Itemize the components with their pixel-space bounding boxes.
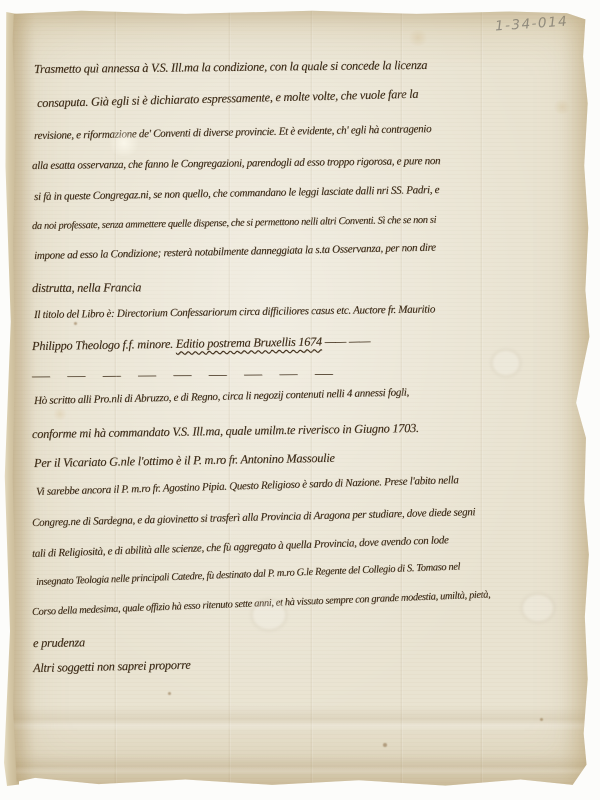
dash-divider: — — — — — — — — — [32, 365, 339, 384]
foxing-spot [540, 718, 543, 721]
manuscript-line: Hò scritto alli Pro.nli di Abruzzo, e di… [34, 386, 409, 407]
manuscript-line: revisione, e riformazione de' Conventi d… [34, 123, 431, 142]
manuscript-line: Corso della medesima, quale offizio hà e… [32, 589, 491, 618]
book-title-plain: Philippo Theologo f.f. minore. [32, 337, 176, 353]
paper-crease [12, 705, 590, 731]
manuscript-line: conforme mi hà commandato V.S. Ill.ma, q… [32, 421, 419, 442]
manuscript-line: Congreg.ne di Sardegna, e da giovinetto … [32, 506, 475, 529]
watermark-dimple [520, 592, 556, 624]
manuscript-line: da noi professate, senza ammettere quell… [32, 215, 436, 232]
paper-crease [12, 755, 590, 775]
manuscript-line: Altri soggetti non saprei proporre [33, 658, 191, 676]
manuscript-line: e prudenza [33, 635, 85, 651]
foxing-spot [383, 743, 387, 747]
foxing-spot [168, 692, 171, 695]
manuscript-line: distrutta, nella Francia [32, 280, 141, 296]
archive-number: 1-34-014 [495, 13, 569, 34]
manuscript-line-book-title: Il titolo del Libro è: Directorium Confe… [34, 303, 435, 321]
manuscript-line: Per il Vicariato G.nle l'ottimo è il P. … [34, 451, 335, 471]
manuscript-line: Vi sarebbe ancora il P. m.ro fr. Agostin… [36, 474, 459, 498]
paper-stain [52, 408, 68, 420]
manuscript-line: tali di Religiosità, e di abilità alle s… [32, 534, 449, 560]
manuscript-line: Trasmetto quì annessa à V.S. Ill.ma la c… [34, 58, 427, 77]
scanner-background: { "document": { "type": "scanned handwri… [0, 0, 600, 800]
manuscript-line: alla esatta osservanza, che fanno le Con… [32, 155, 440, 172]
watermark-dimple [490, 348, 522, 378]
book-title-underlined: Editio postrema Bruxellis 1674 [176, 334, 322, 350]
manuscript-page: 1-34-014 Trasmetto quì annessa à V.S. Il… [12, 10, 590, 788]
paper-stain [407, 30, 429, 46]
manuscript-line-book-title: Philippo Theologo f.f. minore. Editio po… [32, 334, 370, 354]
paper-crease [480, 10, 483, 788]
manuscript-line: impone ad esso la Condizione; resterà no… [34, 242, 436, 262]
paper-stain [552, 100, 572, 114]
book-title-dashes: —— —— [322, 334, 371, 349]
foxing-spot [74, 322, 77, 325]
manuscript-line: si fà in queste Congregaz.ni, se non que… [34, 184, 439, 203]
manuscript-line: insegnato Teologia nelle principali Cate… [36, 561, 460, 588]
manuscript-line: consaputa. Già egli si è dichiarato espr… [37, 87, 419, 111]
